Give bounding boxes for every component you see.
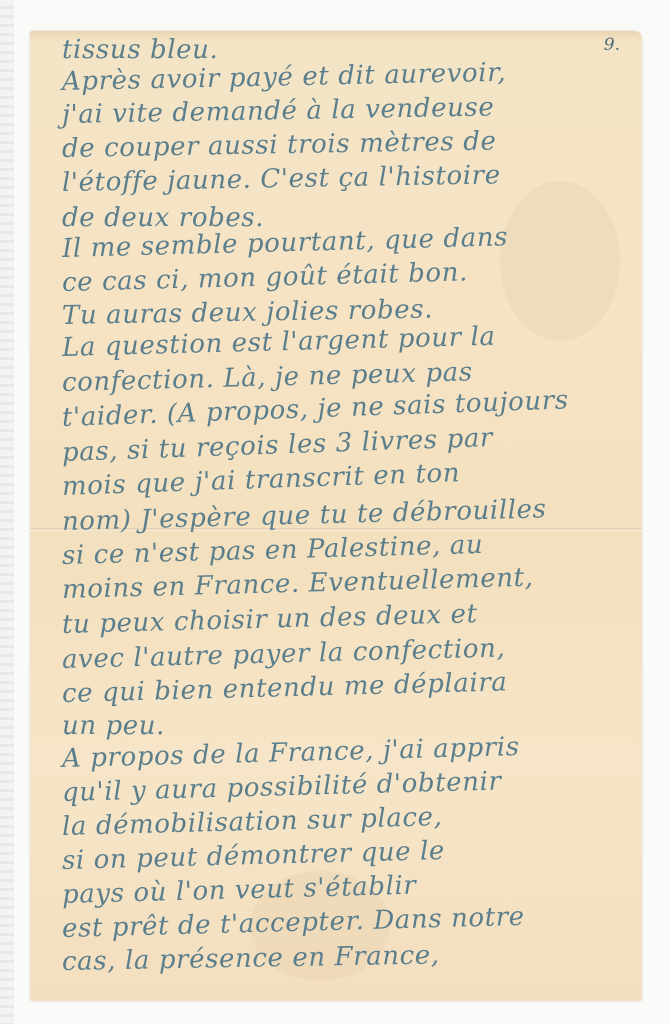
binder-edge bbox=[0, 0, 14, 1024]
scan-surface: 9. tissus bleu. Après avoir payé et dit … bbox=[0, 0, 669, 1024]
letter-line: tu peux choisir un des deux et bbox=[62, 599, 478, 640]
letter-line: la démobilisation sur place, bbox=[62, 802, 443, 842]
paper-stain bbox=[500, 181, 620, 341]
letter-line: un peu. bbox=[62, 711, 165, 741]
letter-line: cas, la présence en France, bbox=[62, 940, 440, 977]
letter-line: tissus bleu. bbox=[62, 35, 218, 65]
letter-line: si on peut démontrer que le bbox=[62, 836, 446, 876]
letter-page: 9. tissus bleu. Après avoir payé et dit … bbox=[30, 31, 642, 1001]
page-number: 9. bbox=[604, 35, 620, 55]
letter-line: est prêt de t'accepter. Dans notre bbox=[62, 902, 525, 944]
letter-line: j'ai vite demandé à la vendeuse bbox=[62, 92, 495, 130]
letter-line: ce qui bien entendu me déplaira bbox=[62, 667, 508, 709]
letter-line: ce cas ci, mon goût était bon. bbox=[62, 257, 469, 298]
letter-line: l'étoffe jaune. C'est ça l'histoire bbox=[62, 160, 501, 198]
letter-line: de couper aussi trois mètres de bbox=[62, 126, 497, 164]
